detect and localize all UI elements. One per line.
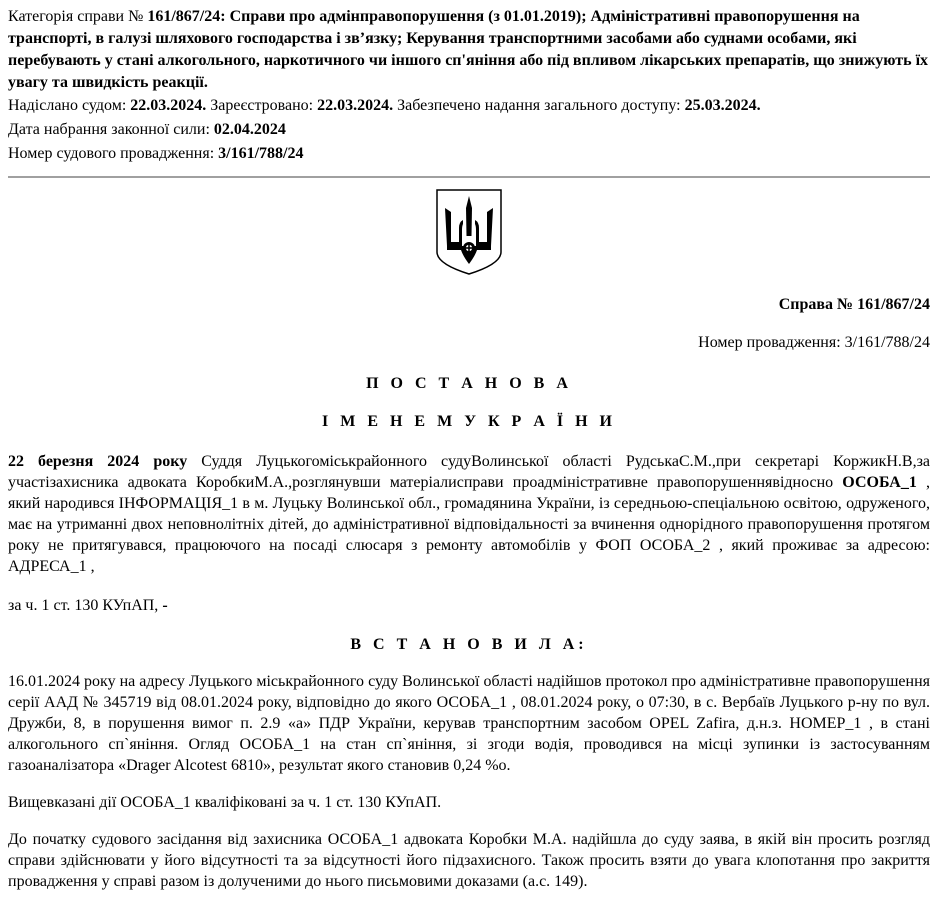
case-number: Справа № 161/867/24 <box>8 294 930 315</box>
proceeding-line: Номер судового провадження: 3/161/788/24 <box>8 142 930 166</box>
intro-date: 22 березня 2024 року <box>8 453 187 470</box>
effective-date-line: Дата набрання законної сили: 02.04.2024 <box>8 118 930 142</box>
established-title: В С Т А Н О В И Л А: <box>8 634 930 655</box>
case-metadata-header: Категорія справи № 161/867/24: Справи пр… <box>0 0 938 166</box>
proceeding-label: Номер судового провадження: <box>8 145 218 162</box>
registered-label: Зареєстровано: <box>206 97 317 114</box>
document-title: П О С Т А Н О В А <box>8 373 930 394</box>
effective-date: 02.04.2024 <box>214 121 286 138</box>
paragraph-protocol: 16.01.2024 року на адресу Луцького міськ… <box>8 671 930 776</box>
document-subtitle: І М Е Н Е М У К Р А Ї Н И <box>8 411 930 432</box>
emblem-container <box>0 188 938 276</box>
sent-date: 22.03.2024. <box>130 97 206 114</box>
paragraph-defender-request: До початку судового засідання від захисн… <box>8 829 930 892</box>
proceeding-number-line: Номер провадження: 3/161/788/24 <box>8 332 930 353</box>
article-dash: - <box>162 597 167 614</box>
category-number: 161/867/24 <box>147 8 220 25</box>
access-date: 25.03.2024. <box>685 97 761 114</box>
article-text: за ч. 1 ст. 130 КУпАП, <box>8 597 162 614</box>
intro-person: ОСОБА_1 <box>842 474 917 491</box>
header-divider <box>8 176 930 178</box>
case-category: Категорія справи № 161/867/24: Справи пр… <box>8 6 930 94</box>
access-label: Забезпечено надання загального доступу: <box>393 97 684 114</box>
ukraine-coat-of-arms-icon <box>435 188 503 276</box>
dates-line: Надіслано судом: 22.03.2024. Зареєстрова… <box>8 94 930 118</box>
document-body: Справа № 161/867/24 Номер провадження: 3… <box>0 294 938 892</box>
proceeding-number: 3/161/788/24 <box>218 145 303 162</box>
registered-date: 22.03.2024. <box>317 97 393 114</box>
category-label: Категорія справи № <box>8 8 147 25</box>
effective-label: Дата набрання законної сили: <box>8 121 214 138</box>
paragraph-qualification: Вищевказані дії ОСОБА_1 кваліфіковані за… <box>8 792 930 813</box>
intro-paragraph: 22 березня 2024 року Суддя Луцькогоміськ… <box>8 451 930 577</box>
sent-label: Надіслано судом: <box>8 97 130 114</box>
article-line: за ч. 1 ст. 130 КУпАП, - <box>8 595 930 616</box>
